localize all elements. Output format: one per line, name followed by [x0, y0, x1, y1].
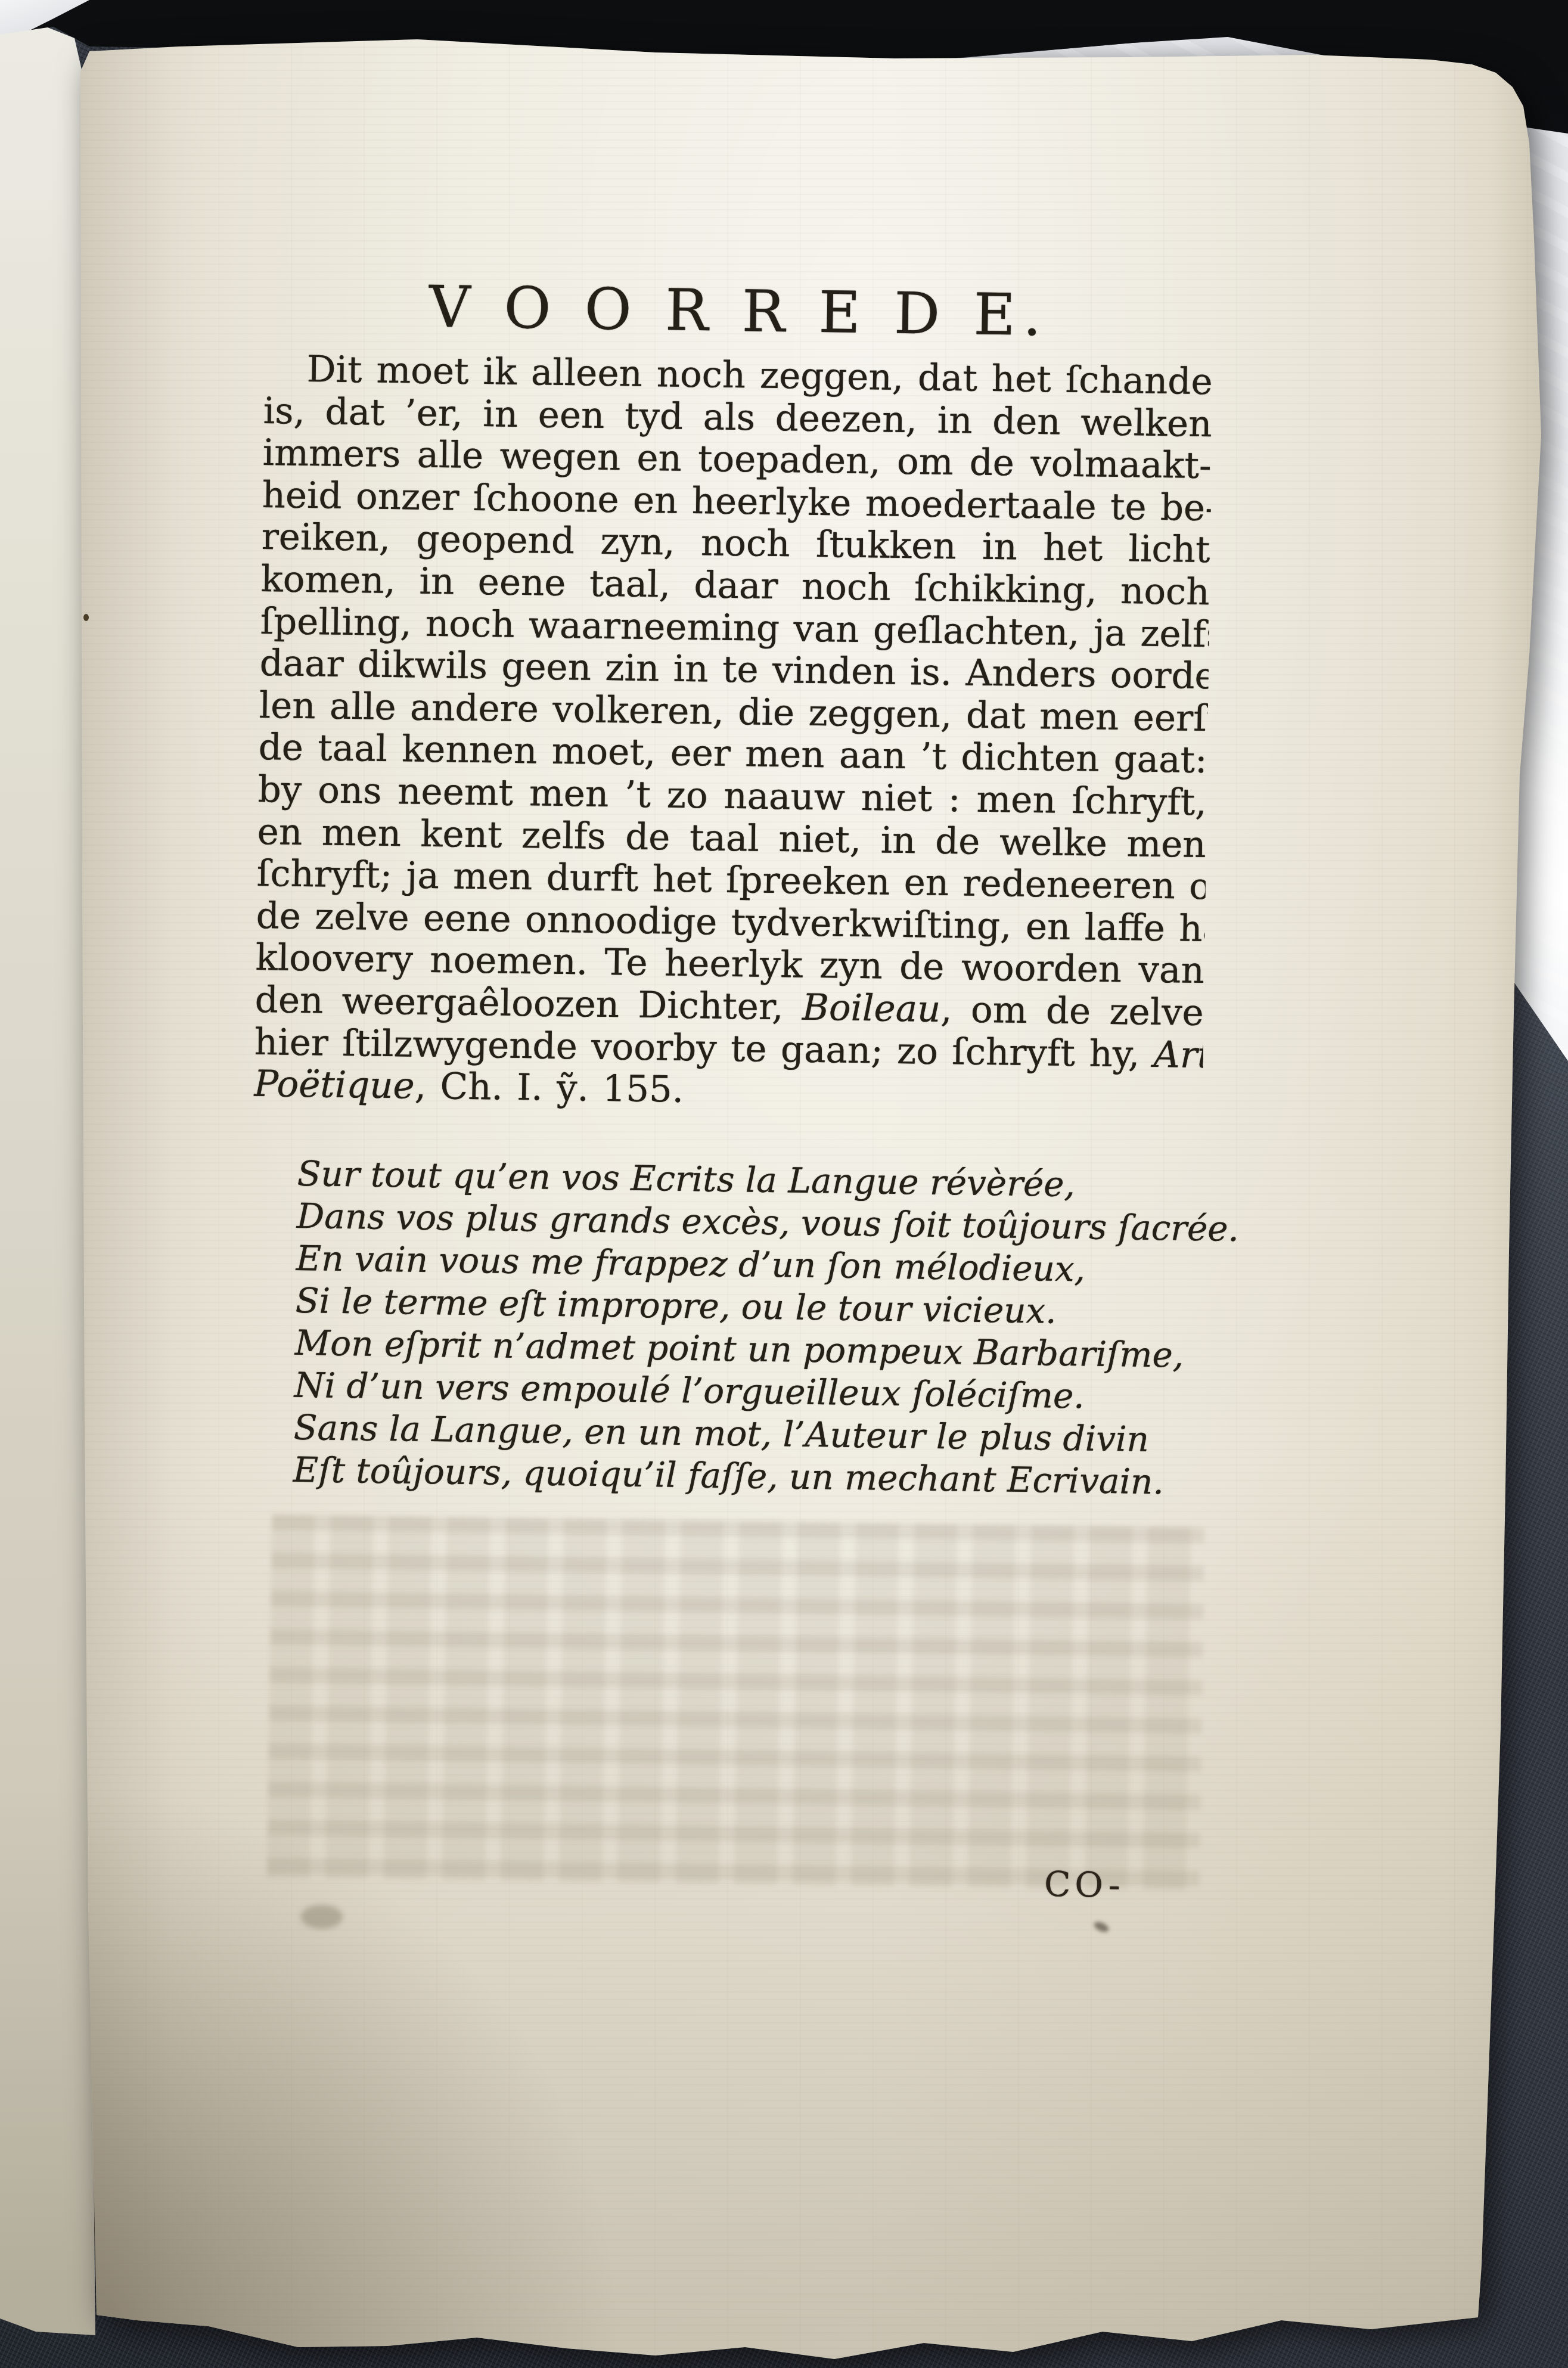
printed-text-block: V O O R R E D E. Dit moet ik alleen noch…: [248, 269, 1213, 1504]
text-segment: den weergaêloozen Dichter,: [254, 979, 802, 1029]
ink-smudge: [301, 1905, 343, 1929]
text-segment: , om de zelve: [940, 988, 1204, 1034]
book-page: V O O R R E D E. Dit moet ik alleen noch…: [0, 0, 1568, 2368]
text-segment: , Ch. I. ỹ. 155.: [414, 1065, 684, 1111]
catchword: CO-: [1044, 1864, 1125, 1905]
verso-show-through: [267, 1514, 1204, 1891]
italic-text-segment: Poëtique: [253, 1063, 415, 1107]
book-photo: V O O R R E D E. Dit moet ik alleen noch…: [0, 0, 1568, 2368]
italic-text-segment: Boileau: [802, 986, 941, 1031]
stitch-thread: [79, 2141, 86, 2156]
stitch-hole: [83, 614, 89, 621]
book-page-wrap: V O O R R E D E. Dit moet ik alleen noch…: [0, 0, 1568, 2368]
body-paragraph: Dit moet ik alleen noch zeggen, dat het …: [253, 348, 1213, 1119]
italic-text-segment: Art: [1153, 1033, 1203, 1076]
page-title: V O O R R E D E.: [264, 269, 1214, 361]
verse-block: Sur tout qu’en vos Ecrits la Langue révè…: [248, 1152, 1201, 1504]
